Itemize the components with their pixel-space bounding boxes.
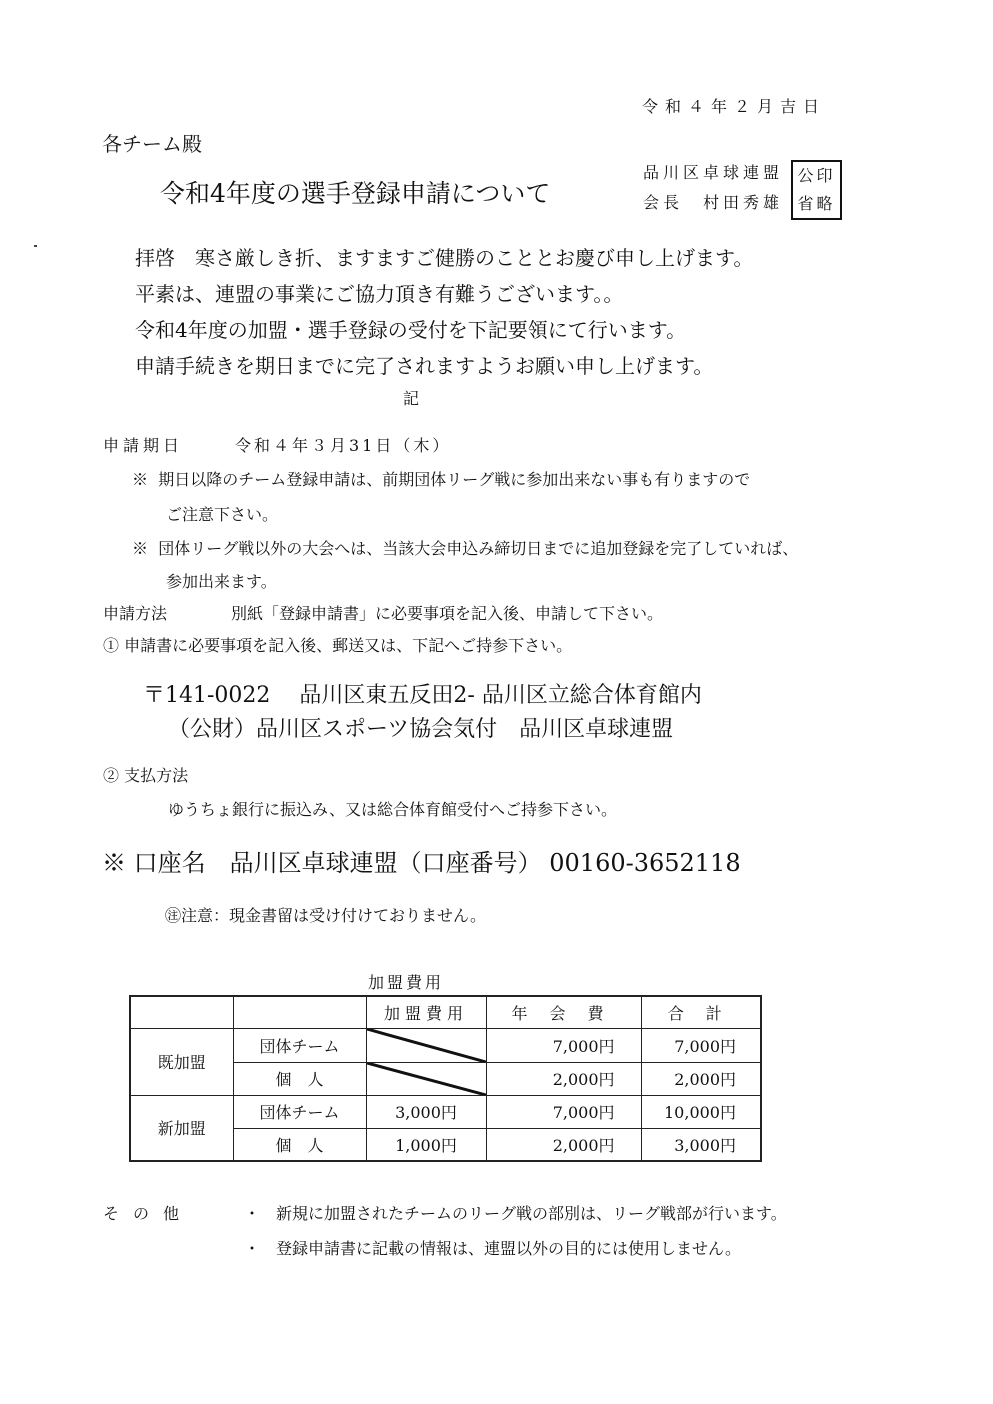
table-header-row: 加盟費用 年会費 合計: [130, 996, 761, 1028]
greeting-line: 拝啓 寒さ厳しき折、ますますご健勝のこととお慶び申し上げます。: [135, 243, 753, 279]
member-type: 団体チーム: [233, 1028, 366, 1062]
not-applicable-cell: [366, 1028, 486, 1062]
issuer-organization: 品川区卓球連盟: [643, 158, 783, 188]
issuer-block: 品川区卓球連盟 会長 村田秀雄: [643, 158, 783, 218]
fee-table-caption: 加盟費用: [368, 970, 444, 993]
deadline-value: 令和４年３月31日（木）: [235, 433, 451, 456]
deadline-label: 申請期日: [103, 433, 183, 456]
deadline-note-2: ※ 団体リーグ戦以外の大会へは、当該大会申込み締切日までに追加登録を完了していれ…: [132, 536, 798, 559]
fee-table: 加盟費用 年会費 合計 既加盟 団体チーム 7,000円 7,000円 個 人 …: [129, 995, 762, 1162]
annual-fee: 7,000円: [486, 1095, 641, 1128]
ki-heading: 記: [403, 386, 419, 409]
step-2-payment-method: ② 支払方法: [103, 763, 188, 786]
annual-fee: 2,000円: [486, 1128, 641, 1161]
mailing-address-line-1: 〒141-0022 品川区東五反田2- 品川区立総合体育館内: [143, 678, 702, 709]
member-type: 団体チーム: [233, 1095, 366, 1128]
note-mark: ※: [132, 470, 148, 489]
method-value: 別紙「登録申請書」に必要事項を記入後、申請して下さい。: [231, 601, 663, 624]
member-type: 個 人: [233, 1128, 366, 1161]
member-type: 個 人: [233, 1062, 366, 1095]
caution-note: ㊟注意：現金書留は受け付けておりません。: [165, 903, 486, 926]
note-text: 期日以降のチーム登録申請は、前期団体リーグ戦に参加出来ない事も有りますので: [158, 470, 750, 489]
total-fee: 10,000円: [641, 1095, 761, 1128]
header-annual-fee: 年会費: [486, 996, 641, 1028]
header-total: 合計: [641, 996, 761, 1028]
seal-line-2: 省略: [793, 190, 840, 218]
greeting-paragraph: 拝啓 寒さ厳しき折、ますますご健勝のこととお慶び申し上げます。 平素は、連盟の事…: [135, 243, 753, 387]
join-fee: 1,000円: [366, 1128, 486, 1161]
mailing-address-line-2: （公財）品川区スポーツ協会気付 品川区卓球連盟: [168, 712, 673, 743]
scan-mark: [34, 245, 37, 247]
total-fee: 2,000円: [641, 1062, 761, 1095]
not-applicable-cell: [366, 1062, 486, 1095]
issuer-president: 会長 村田秀雄: [643, 188, 783, 218]
annual-fee: 7,000円: [486, 1028, 641, 1062]
diagonal-slash-icon: [367, 1029, 486, 1062]
payment-instructions: ゆうちょ銀行に振込み、又は総合体育館受付へご持参下さい。: [168, 797, 617, 820]
deadline-note-1-cont: ご注意下さい。: [166, 502, 278, 525]
seal-line-1: 公印: [793, 162, 840, 190]
group-label: 新加盟: [130, 1095, 233, 1161]
greeting-line: 平素は、連盟の事業にご協力頂き有難うございます。。: [135, 279, 753, 315]
method-label: 申請方法: [103, 601, 167, 624]
header-cell: [130, 996, 233, 1028]
deadline-note-2-cont: 参加出来ます。: [166, 569, 277, 592]
total-fee: 7,000円: [641, 1028, 761, 1062]
table-row: 新加盟 団体チーム 3,000円 7,000円 10,000円: [130, 1095, 761, 1128]
join-fee: 3,000円: [366, 1095, 486, 1128]
bank-account: ※ 口座名 品川区卓球連盟（口座番号） 00160-3652118: [102, 843, 741, 878]
note-mark: ※: [132, 539, 148, 558]
diagonal-slash-icon: [367, 1063, 486, 1095]
total-fee: 3,000円: [641, 1128, 761, 1161]
document-date: 令和４年２月吉日: [642, 94, 826, 117]
document-title: 令和4年度の選手登録申請について: [160, 174, 550, 210]
greeting-line: 申請手続きを期日までに完了されますようお願い申し上げます。: [135, 351, 753, 387]
other-label: その他: [103, 1201, 193, 1224]
note-text: 団体リーグ戦以外の大会へは、当該大会申込み締切日までに追加登録を完了していれば、: [158, 539, 798, 558]
header-cell: [233, 996, 366, 1028]
other-item: ・ 新規に加盟されたチームのリーグ戦の部別は、リーグ戦部が行います。: [244, 1201, 787, 1224]
step-1: ① 申請書に必要事項を記入後、郵送又は、下記へご持参下さい。: [103, 633, 572, 656]
annual-fee: 2,000円: [486, 1062, 641, 1095]
seal-omitted-box: 公印 省略: [791, 160, 842, 220]
table-row: 既加盟 団体チーム 7,000円 7,000円: [130, 1028, 761, 1062]
deadline-note-1: ※ 期日以降のチーム登録申請は、前期団体リーグ戦に参加出来ない事も有りますので: [132, 467, 750, 490]
addressee: 各チーム殿: [102, 128, 202, 157]
group-label: 既加盟: [130, 1028, 233, 1095]
header-join-fee: 加盟費用: [366, 996, 486, 1028]
other-item: ・ 登録申請書に記載の情報は、連盟以外の目的には使用しません。: [244, 1236, 741, 1259]
greeting-line: 令和4年度の加盟・選手登録の受付を下記要領にて行います。: [135, 315, 753, 351]
